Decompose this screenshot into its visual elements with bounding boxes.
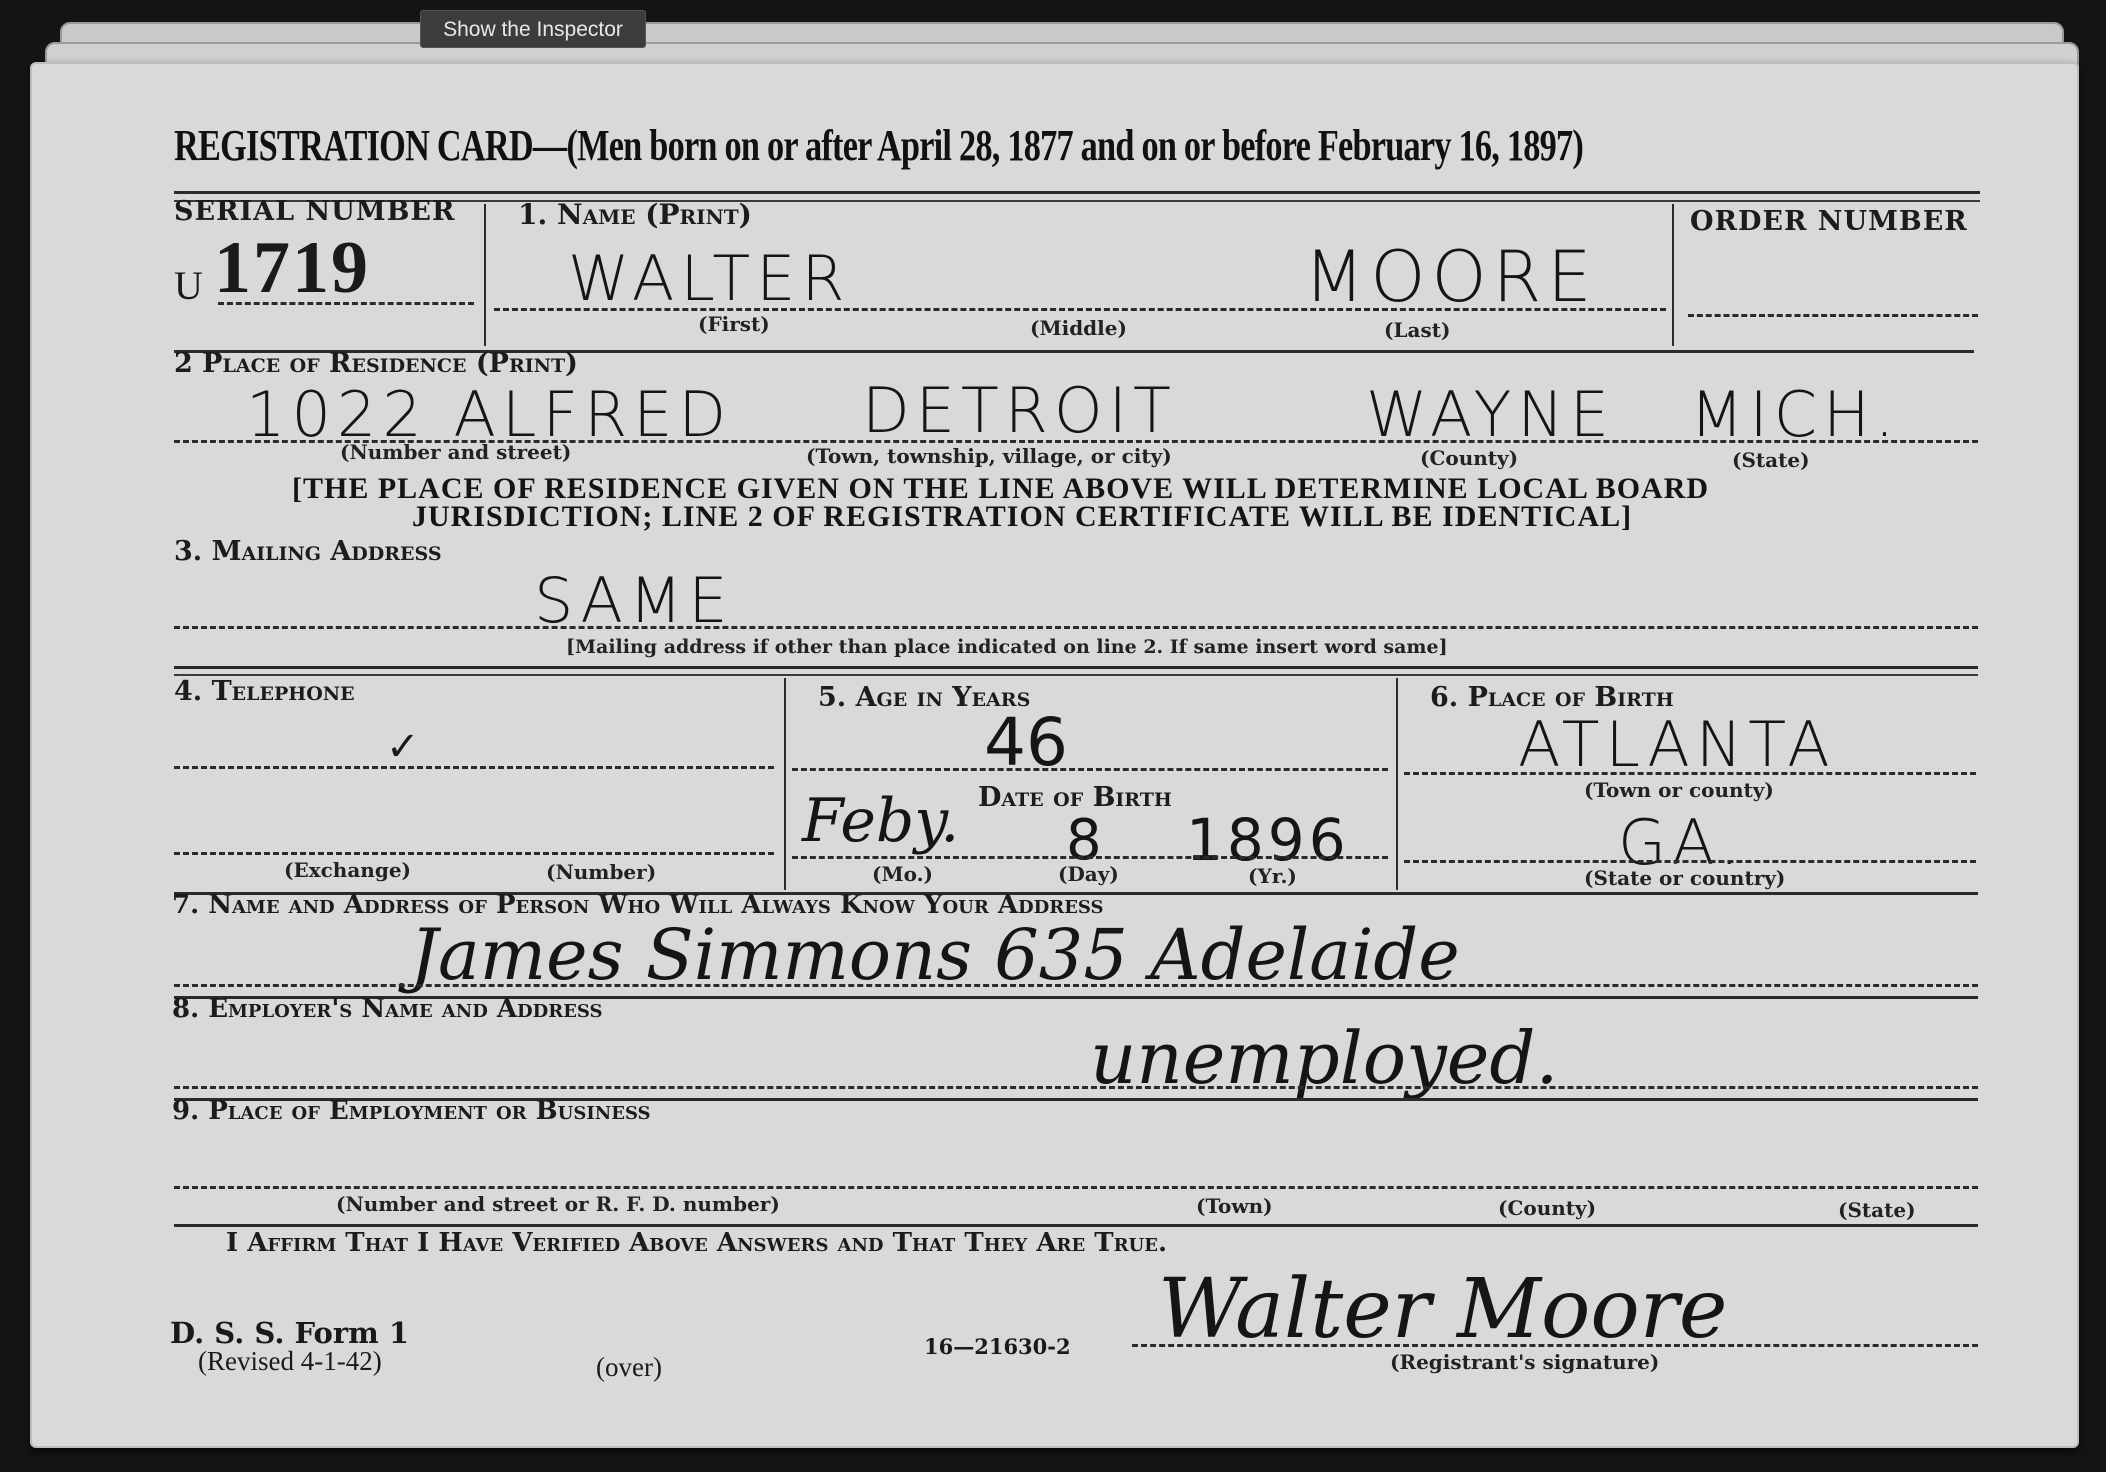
serial-divider: [484, 204, 486, 346]
over-note: (over): [596, 1352, 662, 1383]
row3-rule-2: [174, 674, 1978, 676]
signature-caption: (Registrant's signature): [1390, 1350, 1659, 1374]
employer-label: 8. Employer's Name and Address: [172, 994, 603, 1024]
name-last-caption: (Last): [1384, 318, 1450, 342]
telephone-check-icon: ✓: [386, 724, 420, 770]
telephone-label: 4. Telephone: [174, 676, 355, 707]
residence-street-caption: (Number and street): [340, 440, 571, 464]
employer-underline: [174, 1086, 1978, 1089]
print-code: 16—21630-2: [924, 1334, 1071, 1359]
telephone-exchange-underline: [174, 766, 774, 769]
mailing-address-label: 3. Mailing Address: [174, 536, 442, 567]
name-last-value: MOORE: [1304, 236, 1597, 318]
show-inspector-tooltip: Show the Inspector: [420, 10, 646, 48]
serial-number-label: SERIAL NUMBER: [174, 196, 455, 227]
birthplace-town-underline: [1404, 772, 1976, 775]
telephone-number-underline: [174, 852, 774, 855]
row3-rule-1: [174, 666, 1978, 669]
contact-underline: [174, 984, 1978, 987]
form-id: D. S. S. Form 1: [170, 1316, 409, 1350]
telephone-number-caption: (Number): [546, 860, 656, 884]
age-underline: [792, 768, 1388, 771]
telephone-exchange-caption: (Exchange): [284, 858, 411, 882]
residence-town-caption: (Town, township, village, or city): [806, 444, 1172, 468]
employment-place-label: 9. Place of Employment or Business: [172, 1096, 651, 1126]
signature-value: Walter Moore: [1158, 1262, 1727, 1357]
birthplace-state-underline: [1404, 860, 1976, 863]
mailing-caption: [Mailing address if other than place ind…: [566, 636, 1448, 658]
order-divider: [1672, 204, 1674, 346]
serial-prefix: U: [174, 262, 203, 309]
birthplace-state-caption: (State or country): [1584, 866, 1785, 890]
residence-notice-line-2: JURISDICTION; LINE 2 OF REGISTRATION CER…: [412, 500, 1632, 534]
employment-town-caption: (Town): [1196, 1194, 1273, 1218]
affirmation-text: I Affirm That I Have Verified Above Answ…: [226, 1228, 1167, 1258]
name-underline: [494, 308, 1666, 311]
employment-street-caption: (Number and street or R. F. D. number): [336, 1192, 780, 1216]
birthplace-town-value: ATLANTA: [1518, 708, 1836, 781]
order-number-field: [1688, 314, 1978, 317]
birthplace-town-caption: (Town or county): [1584, 778, 1774, 802]
residence-state-caption: (State): [1732, 448, 1810, 472]
dob-year-caption: (Yr.): [1248, 864, 1297, 888]
form-revised: (Revised 4-1-42): [198, 1346, 382, 1377]
serial-underline: [218, 302, 474, 305]
name-first-caption: (First): [698, 312, 770, 336]
residence-town-value: DETROIT: [862, 374, 1177, 447]
row9-rule: [174, 1224, 1978, 1227]
dob-month-caption: (Mo.): [872, 862, 933, 886]
title-rule-1: [174, 191, 1980, 194]
employment-county-caption: (County): [1498, 1196, 1596, 1220]
mailing-underline: [174, 626, 1978, 629]
dob-underline: [792, 856, 1388, 859]
dob-day-caption: (Day): [1058, 862, 1119, 886]
name-first-value: WALTER: [568, 242, 850, 315]
employment-place-underline: [174, 1186, 1978, 1189]
name-label: 1. Name (Print): [518, 198, 752, 231]
dob-month-value: Feby.: [802, 786, 959, 856]
tel-age-divider: [784, 678, 786, 890]
name-middle-caption: (Middle): [1030, 316, 1127, 340]
order-number-label: ORDER NUMBER: [1690, 206, 1968, 237]
serial-number-value: 1719: [214, 226, 370, 311]
age-birth-divider: [1396, 678, 1398, 890]
residence-label: 2 Place of Residence (Print): [174, 348, 578, 379]
residence-county-caption: (County): [1420, 446, 1518, 470]
employment-state-caption: (State): [1838, 1198, 1916, 1222]
signature-underline: [1132, 1344, 1978, 1347]
card-title: REGISTRATION CARD—(Men born on or after …: [174, 120, 1583, 171]
